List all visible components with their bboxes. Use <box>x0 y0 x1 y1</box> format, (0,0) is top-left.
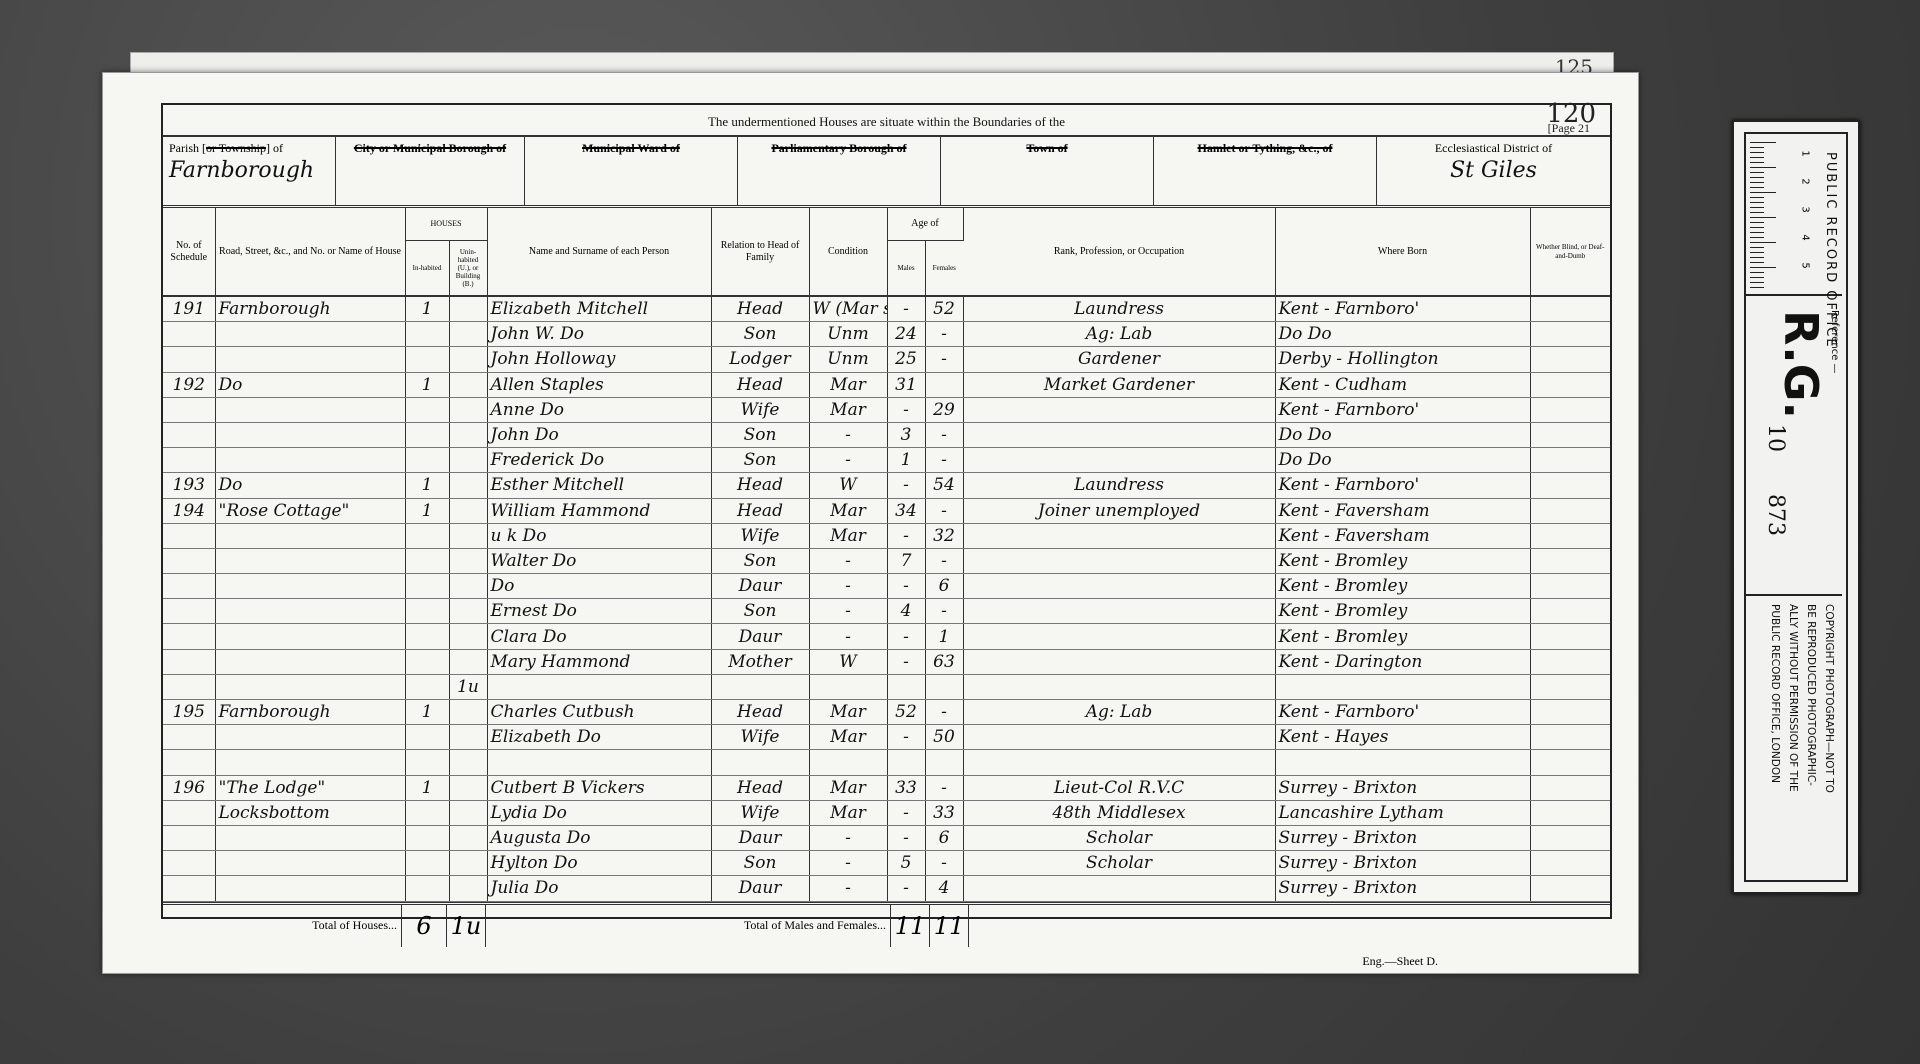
cell-occupation: Market Gardener <box>963 372 1275 397</box>
ruler-tick <box>1750 257 1764 258</box>
census-row: 191Farnborough1Elizabeth MitchellHeadW (… <box>163 296 1610 322</box>
cell-female-age: - <box>925 498 963 523</box>
cell-road <box>215 422 405 447</box>
cell-blind <box>1530 775 1610 800</box>
ruler-tick <box>1750 202 1764 203</box>
census-row: 195Farnborough1Charles CutbushHeadMar52-… <box>163 700 1610 725</box>
cell-inhabited <box>405 851 449 876</box>
ruler-tick <box>1750 282 1764 283</box>
cell-male-age: - <box>887 473 925 498</box>
cell-occupation <box>963 599 1275 624</box>
cell-relation: Head <box>711 498 809 523</box>
cell-uninhabited <box>449 700 487 725</box>
cell-uninhabited <box>449 372 487 397</box>
cell-blind <box>1530 296 1610 322</box>
cell-blind <box>1530 498 1610 523</box>
cell-uninhabited <box>449 725 487 750</box>
ruler-tick <box>1750 197 1764 198</box>
cell-relation: Daur <box>711 574 809 599</box>
cell-condition: - <box>809 624 887 649</box>
cell-schedule <box>163 750 215 775</box>
cell-blind <box>1530 422 1610 447</box>
cell-name: Do <box>487 574 711 599</box>
cell-inhabited <box>405 876 449 901</box>
cell-occupation: Gardener <box>963 347 1275 372</box>
cell-condition: Mar <box>809 800 887 825</box>
cell-road: Farnborough <box>215 296 405 322</box>
reference-class: 10 <box>1763 424 1788 452</box>
ruler-tick <box>1750 157 1764 158</box>
cell-schedule <box>163 599 215 624</box>
cell-born: Kent - Bromley <box>1275 574 1530 599</box>
col-relation: Relation to Head of Family <box>711 208 809 296</box>
reference-series: R.G. <box>1774 310 1828 419</box>
ruler-number: 2 <box>1800 178 1811 184</box>
copyright-notice: COPYRIGHT PHOTOGRAPH—NOT TOBE REPRODUCED… <box>1766 604 1838 793</box>
cell-relation: Head <box>711 775 809 800</box>
cell-occupation <box>963 649 1275 674</box>
cell-road <box>215 599 405 624</box>
cell-road <box>215 448 405 473</box>
ecclesiastical-value: St Giles <box>1383 158 1604 183</box>
cell-uninhabited <box>449 599 487 624</box>
cell-relation: Wife <box>711 397 809 422</box>
cell-schedule: 195 <box>163 700 215 725</box>
cell-name: Clara Do <box>487 624 711 649</box>
banner: The undermentioned Houses are situate wi… <box>163 105 1610 137</box>
cell-road <box>215 750 405 775</box>
cell-condition: Mar <box>809 498 887 523</box>
cell-road: "The Lodge" <box>215 775 405 800</box>
reference-piece: 873 <box>1763 494 1788 536</box>
city-struck: City or Municipal Borough of <box>354 141 506 155</box>
cell-name: Charles Cutbush <box>487 700 711 725</box>
census-row: Anne DoWifeMar-29Kent - Farnboro' <box>163 397 1610 422</box>
cell-occupation <box>963 397 1275 422</box>
cell-born: Lancashire Lytham <box>1275 800 1530 825</box>
parliamentary-struck: Parliamentary Borough of <box>771 141 906 155</box>
cell-condition: Mar <box>809 397 887 422</box>
cell-uninhabited: 1u <box>449 674 487 699</box>
ruler-tick <box>1750 172 1764 173</box>
cell-inhabited <box>405 800 449 825</box>
copyright-line: PUBLIC RECORD OFFICE, LONDON <box>1766 604 1784 793</box>
cell-male-age: 33 <box>887 775 925 800</box>
cell-road <box>215 725 405 750</box>
cell-born: Derby - Hollington <box>1275 347 1530 372</box>
cell-schedule: 192 <box>163 372 215 397</box>
cell-relation: Wife <box>711 523 809 548</box>
cell-occupation: Scholar <box>963 825 1275 850</box>
ruler-tick <box>1750 162 1764 163</box>
cell-born: Surrey - Brixton <box>1275 775 1530 800</box>
ruler-number: 4 <box>1800 234 1811 240</box>
ecclesiastical-field: Ecclesiastical District of St Giles <box>1377 137 1610 205</box>
cell-male-age: 1 <box>887 448 925 473</box>
cell-born: Kent - Farnboro' <box>1275 700 1530 725</box>
cell-name: Cutbert B Vickers <box>487 775 711 800</box>
cell-schedule <box>163 523 215 548</box>
cell-occupation <box>963 523 1275 548</box>
census-row: Walter DoSon-7-Kent - Bromley <box>163 548 1610 573</box>
cell-inhabited <box>405 599 449 624</box>
cell-uninhabited <box>449 825 487 850</box>
cell-occupation <box>963 725 1275 750</box>
hamlet-struck: Hamlet or Tything, &c., of <box>1198 141 1333 155</box>
cell-relation: Son <box>711 548 809 573</box>
cell-female-age <box>925 674 963 699</box>
cell-inhabited: 1 <box>405 775 449 800</box>
cell-male-age: - <box>887 397 925 422</box>
cell-blind <box>1530 574 1610 599</box>
census-row: LocksbottomLydia DoWifeMar-3348th Middle… <box>163 800 1610 825</box>
cell-male-age: 3 <box>887 422 925 447</box>
cell-female-age: - <box>925 548 963 573</box>
cell-road: "Rose Cottage" <box>215 498 405 523</box>
cell-born <box>1275 750 1530 775</box>
cell-condition: Mar <box>809 700 887 725</box>
cell-condition: - <box>809 574 887 599</box>
cell-born: Kent - Darington <box>1275 649 1530 674</box>
cell-schedule: 193 <box>163 473 215 498</box>
ruler-tick <box>1750 182 1764 183</box>
cell-condition: Unm <box>809 322 887 347</box>
cell-condition: Mar <box>809 523 887 548</box>
ruler-tick <box>1750 177 1764 178</box>
cell-schedule <box>163 624 215 649</box>
cell-uninhabited <box>449 851 487 876</box>
cell-name: Lydia Do <box>487 800 711 825</box>
parish-field: Parish [or Township] of Farnborough <box>163 137 336 205</box>
cell-road: Do <box>215 372 405 397</box>
cell-born: Kent - Bromley <box>1275 548 1530 573</box>
ecclesiastical-label: Ecclesiastical District of <box>1435 141 1552 155</box>
cell-name: William Hammond <box>487 498 711 523</box>
cell-inhabited: 1 <box>405 473 449 498</box>
cell-condition: Mar <box>809 775 887 800</box>
cell-road <box>215 574 405 599</box>
census-row: 194"Rose Cottage"1William HammondHeadMar… <box>163 498 1610 523</box>
cell-occupation <box>963 674 1275 699</box>
cell-occupation: Laundress <box>963 296 1275 322</box>
census-row: Clara DoDaur--1Kent - Bromley <box>163 624 1610 649</box>
cell-male-age: - <box>887 574 925 599</box>
ruler-tick <box>1750 252 1764 253</box>
cell-relation: Wife <box>711 800 809 825</box>
parish-label: Parish [ <box>169 141 206 155</box>
cell-relation: Son <box>711 851 809 876</box>
ruler-tick <box>1750 277 1764 278</box>
cell-born: Kent - Faversham <box>1275 523 1530 548</box>
cell-road <box>215 523 405 548</box>
cell-name <box>487 750 711 775</box>
cell-condition: - <box>809 448 887 473</box>
cell-uninhabited <box>449 649 487 674</box>
ruler-tick <box>1750 222 1764 223</box>
ruler-tick <box>1750 187 1764 188</box>
cell-born: Kent - Bromley <box>1275 599 1530 624</box>
cell-name: John W. Do <box>487 322 711 347</box>
cell-female-age: 33 <box>925 800 963 825</box>
ruler-tick <box>1750 232 1764 233</box>
copyright-line: BE REPRODUCED PHOTOGRAPHIC- <box>1802 604 1820 793</box>
cell-male-age: - <box>887 624 925 649</box>
cell-occupation <box>963 448 1275 473</box>
cell-road <box>215 851 405 876</box>
cell-occupation <box>963 624 1275 649</box>
cell-condition: Mar <box>809 372 887 397</box>
cell-name: u k Do <box>487 523 711 548</box>
ruler-tick <box>1750 237 1764 238</box>
cell-uninhabited <box>449 523 487 548</box>
strip-divider <box>1746 594 1842 596</box>
cell-inhabited <box>405 825 449 850</box>
cell-blind <box>1530 700 1610 725</box>
ruler-tick <box>1750 142 1776 143</box>
cell-name: Elizabeth Mitchell <box>487 296 711 322</box>
cell-male-age: 25 <box>887 347 925 372</box>
cell-male-age <box>887 750 925 775</box>
col-occupation: Rank, Profession, or Occupation <box>963 208 1275 296</box>
reference-strip: 12345 PUBLIC RECORD OFFICE Reference — R… <box>1732 120 1860 894</box>
cell-born: Surrey - Brixton <box>1275 851 1530 876</box>
cell-relation: Daur <box>711 876 809 901</box>
census-page: 120 [Page 21 The undermentioned Houses a… <box>102 72 1639 974</box>
cell-inhabited <box>405 397 449 422</box>
cell-schedule: 196 <box>163 775 215 800</box>
cell-name: Hylton Do <box>487 851 711 876</box>
cell-occupation <box>963 422 1275 447</box>
cell-female-age: - <box>925 700 963 725</box>
total-houses-uninhabited: 1u <box>446 905 486 947</box>
cell-name: John Holloway <box>487 347 711 372</box>
cell-blind <box>1530 624 1610 649</box>
cell-condition: - <box>809 876 887 901</box>
cell-inhabited <box>405 448 449 473</box>
cell-female-age: - <box>925 851 963 876</box>
cell-schedule: 191 <box>163 296 215 322</box>
cell-uninhabited <box>449 422 487 447</box>
cell-blind <box>1530 599 1610 624</box>
cell-blind <box>1530 851 1610 876</box>
cell-female-age: 50 <box>925 725 963 750</box>
cell-condition: W <box>809 649 887 674</box>
col-born: Where Born <box>1275 208 1530 296</box>
parish-struck: or Township <box>206 141 266 155</box>
cell-uninhabited <box>449 574 487 599</box>
cell-inhabited <box>405 674 449 699</box>
cell-female-age: 29 <box>925 397 963 422</box>
census-row: Ernest DoSon-4-Kent - Bromley <box>163 599 1610 624</box>
cell-uninhabited <box>449 624 487 649</box>
cell-uninhabited <box>449 448 487 473</box>
cell-schedule <box>163 347 215 372</box>
cell-relation: Mother <box>711 649 809 674</box>
cell-blind <box>1530 649 1610 674</box>
total-persons-label: Total of Males and Females... <box>486 905 890 947</box>
cell-inhabited: 1 <box>405 296 449 322</box>
census-row: John DoSon-3-Do Do <box>163 422 1610 447</box>
census-row: Hylton DoSon-5-ScholarSurrey - Brixton <box>163 851 1610 876</box>
ruler-tick <box>1750 167 1776 168</box>
cell-occupation: Ag: Lab <box>963 700 1275 725</box>
census-form: The undermentioned Houses are situate wi… <box>161 103 1612 919</box>
census-table: No. of Schedule Road, Street, &c., and N… <box>163 208 1610 902</box>
ruler-tick <box>1750 152 1764 153</box>
hamlet-field: Hamlet or Tything, &c., of <box>1154 137 1377 205</box>
cell-born: Kent - Bromley <box>1275 624 1530 649</box>
cell-born: Do Do <box>1275 422 1530 447</box>
cell-name: Augusta Do <box>487 825 711 850</box>
cell-born: Surrey - Brixton <box>1275 825 1530 850</box>
cell-occupation: 48th Middlesex <box>963 800 1275 825</box>
cell-born <box>1275 674 1530 699</box>
town-field: Town of <box>941 137 1154 205</box>
census-row: John W. DoSonUnm24-Ag: LabDo Do <box>163 322 1610 347</box>
cell-blind <box>1530 372 1610 397</box>
cell-female-age: 32 <box>925 523 963 548</box>
reference-label: Reference — <box>1829 310 1840 374</box>
cell-male-age: 52 <box>887 700 925 725</box>
total-males: 11 <box>890 905 929 947</box>
cell-condition: Mar <box>809 725 887 750</box>
cell-uninhabited <box>449 775 487 800</box>
cell-relation: Son <box>711 448 809 473</box>
cell-blind <box>1530 750 1610 775</box>
cell-schedule <box>163 800 215 825</box>
cell-born: Kent - Farnboro' <box>1275 296 1530 322</box>
cell-male-age: 24 <box>887 322 925 347</box>
cell-inhabited <box>405 750 449 775</box>
cell-condition: - <box>809 548 887 573</box>
cell-occupation <box>963 574 1275 599</box>
cell-road: Locksbottom <box>215 800 405 825</box>
ruler-number: 5 <box>1800 262 1811 268</box>
cell-born: Do Do <box>1275 448 1530 473</box>
ruler-number: 1 <box>1800 150 1811 156</box>
cell-male-age: - <box>887 649 925 674</box>
cell-inhabited <box>405 523 449 548</box>
ruler-tick <box>1750 272 1764 273</box>
cell-occupation <box>963 548 1275 573</box>
cell-blind <box>1530 473 1610 498</box>
cell-uninhabited <box>449 548 487 573</box>
cell-road <box>215 322 405 347</box>
cell-male-age: 31 <box>887 372 925 397</box>
cell-male-age: 34 <box>887 498 925 523</box>
cell-male-age: - <box>887 725 925 750</box>
cell-female-age: 6 <box>925 825 963 850</box>
cell-relation: Head <box>711 473 809 498</box>
cell-relation: Daur <box>711 624 809 649</box>
cell-occupation: Scholar <box>963 851 1275 876</box>
cell-relation: Head <box>711 700 809 725</box>
cell-relation: Son <box>711 322 809 347</box>
cell-condition: W (Mar struck) <box>809 296 887 322</box>
ward-field: Municipal Ward of <box>525 137 738 205</box>
ruler-tick <box>1750 192 1776 193</box>
cell-uninhabited <box>449 876 487 901</box>
cell-female-age: 63 <box>925 649 963 674</box>
cell-name <box>487 674 711 699</box>
cell-inhabited <box>405 649 449 674</box>
cell-condition: - <box>809 599 887 624</box>
census-row: Frederick DoSon-1-Do Do <box>163 448 1610 473</box>
cell-born: Kent - Farnboro' <box>1275 397 1530 422</box>
cell-blind <box>1530 523 1610 548</box>
cell-uninhabited <box>449 800 487 825</box>
cell-road: Do <box>215 473 405 498</box>
total-houses-inhabited: 6 <box>401 905 446 947</box>
cell-blind <box>1530 397 1610 422</box>
ruler-number: 3 <box>1800 206 1811 212</box>
cell-blind <box>1530 876 1610 901</box>
cell-blind <box>1530 825 1610 850</box>
cell-schedule <box>163 876 215 901</box>
cell-female-age: 4 <box>925 876 963 901</box>
cell-male-age: 5 <box>887 851 925 876</box>
cell-inhabited <box>405 574 449 599</box>
town-struck: Town of <box>1026 141 1067 155</box>
cell-road <box>215 347 405 372</box>
cell-female-age: 1 <box>925 624 963 649</box>
parish-label-end: ] of <box>266 141 283 155</box>
cell-female-age: - <box>925 775 963 800</box>
col-road: Road, Street, &c., and No. or Name of Ho… <box>215 208 405 296</box>
cell-uninhabited <box>449 750 487 775</box>
cell-condition: - <box>809 825 887 850</box>
cell-inhabited: 1 <box>405 372 449 397</box>
cell-schedule <box>163 397 215 422</box>
cell-relation: Lodger <box>711 347 809 372</box>
cell-uninhabited <box>449 296 487 322</box>
cell-road <box>215 649 405 674</box>
cell-schedule <box>163 422 215 447</box>
cell-name: Walter Do <box>487 548 711 573</box>
cell-schedule <box>163 322 215 347</box>
cell-female-age <box>925 750 963 775</box>
ruler-tick <box>1750 227 1764 228</box>
cell-relation <box>711 750 809 775</box>
cell-blind <box>1530 674 1610 699</box>
cell-road <box>215 548 405 573</box>
ward-struck: Municipal Ward of <box>582 141 680 155</box>
census-row: Elizabeth DoWifeMar-50Kent - Hayes <box>163 725 1610 750</box>
cell-female-age: - <box>925 422 963 447</box>
cell-occupation: Ag: Lab <box>963 322 1275 347</box>
cell-relation: Head <box>711 372 809 397</box>
sheet-footer: Eng.—Sheet D. <box>1362 954 1438 969</box>
cell-occupation: Lieut-Col R.V.C <box>963 775 1275 800</box>
col-houses: HOUSES <box>405 208 487 241</box>
cell-schedule <box>163 448 215 473</box>
cell-male-age: 7 <box>887 548 925 573</box>
copyright-line: COPYRIGHT PHOTOGRAPH—NOT TO <box>1820 604 1838 793</box>
ruler-tick <box>1750 247 1764 248</box>
cell-male-age: - <box>887 800 925 825</box>
cell-schedule <box>163 574 215 599</box>
cell-relation: Daur <box>711 825 809 850</box>
cell-inhabited <box>405 725 449 750</box>
cell-born: Kent - Hayes <box>1275 725 1530 750</box>
cell-female-age: 52 <box>925 296 963 322</box>
cell-blind <box>1530 800 1610 825</box>
cell-name: Elizabeth Do <box>487 725 711 750</box>
cell-uninhabited <box>449 347 487 372</box>
cell-road <box>215 825 405 850</box>
census-row: Julia DoDaur--4Surrey - Brixton <box>163 876 1610 901</box>
col-males: Males <box>887 241 925 297</box>
